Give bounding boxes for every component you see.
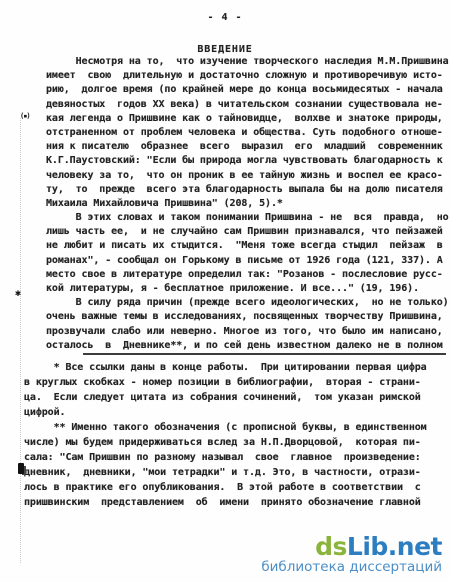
text-line: пришвинским представлением об имени прин…	[24, 495, 427, 510]
scan-mark-middle: ✱	[15, 288, 21, 299]
scan-mark-lower	[18, 463, 24, 474]
document-page: - 4 - ВВЕДЕНИЕ Несмотря на то, что изуче…	[0, 0, 450, 582]
text-line: место свое в литературе определил так: "…	[46, 268, 449, 282]
text-line: человеку за то, что он проник в ее тайну…	[46, 169, 449, 183]
footnote-text: * Все ссылки даны в конце работы. При ци…	[24, 360, 427, 510]
text-line: лось в практике его опубликования. В это…	[24, 480, 427, 495]
watermark-brand-libnet: Lib.net	[347, 532, 442, 561]
scan-mark-top: (▪)	[20, 112, 30, 120]
text-line: рию, долгое время (по крайней мере до ко…	[46, 83, 449, 97]
text-line: К.Г.Паустовский: "Если бы природа могла …	[46, 154, 449, 168]
text-line: романах", - сообщал он Горькому в письме…	[46, 254, 449, 268]
text-line: не любит и писать их стыдится. "Меня тож…	[46, 239, 449, 253]
watermark-brand: dsLib.net	[261, 534, 442, 559]
body-text: Несмотря на то, что изучение творческого…	[46, 55, 449, 353]
watermark-brand-ds: ds	[315, 532, 347, 561]
text-line: ту, то прежде всего эта благодарность вы…	[46, 183, 449, 197]
scan-binding-line	[20, 118, 21, 563]
text-line: цифрой.	[24, 405, 427, 420]
text-line: кой литературы, я - бесплатное приложени…	[46, 282, 449, 296]
text-line: В этих словах и таком понимании Пришвина…	[46, 211, 449, 225]
text-line: имеет свою длительную и достаточно сложн…	[46, 69, 449, 83]
text-line: Михаила Михайловича Пришвина" (208, 5).*	[46, 197, 449, 211]
section-title: ВВЕДЕНИЕ	[0, 44, 450, 55]
text-line: ца. Если следует цитата из собрания сочи…	[24, 390, 427, 405]
text-line: числе) мы будем придерживаться вслед за …	[24, 435, 427, 450]
text-line: кая легенда о Пришвине как о тайновидце,…	[46, 112, 449, 126]
text-line: девяностых годов XX века) в читательском…	[46, 98, 449, 112]
text-line: * Все ссылки даны в конце работы. При ци…	[24, 360, 427, 375]
text-line: ** Именно такого обозначения (с прописно…	[24, 420, 427, 435]
text-line: Несмотря на то, что изучение творческого…	[46, 55, 449, 69]
text-line: дневник, дневники, "мои тетрадки" и т.д.…	[24, 465, 427, 480]
text-line: В силу ряда причин (прежде всего идеолог…	[46, 296, 449, 310]
footnote-separator	[83, 353, 446, 355]
watermark: dsLib.net библиотека диссертаций	[261, 534, 442, 575]
text-line: в круглых скобках - номер позиции в библ…	[24, 375, 427, 390]
text-line: сала: "Сам Пришвин по разному называл св…	[24, 450, 427, 465]
page-number: - 4 -	[0, 12, 450, 23]
text-line: лишь часть ее, и не случайно сам Пришвин…	[46, 225, 449, 239]
text-line: очень важные темы в исследованиях, посвя…	[46, 310, 449, 324]
text-line: отстраненном от проблем человека и общес…	[46, 126, 449, 140]
text-line: прозвучали слабо или неверно. Многое из …	[46, 325, 449, 339]
text-line: ния к писателю образнее всего выразил ег…	[46, 140, 449, 154]
text-line: осталось в Дневнике**, и по сей день изв…	[46, 339, 449, 353]
watermark-subtitle: библиотека диссертаций	[261, 561, 442, 575]
